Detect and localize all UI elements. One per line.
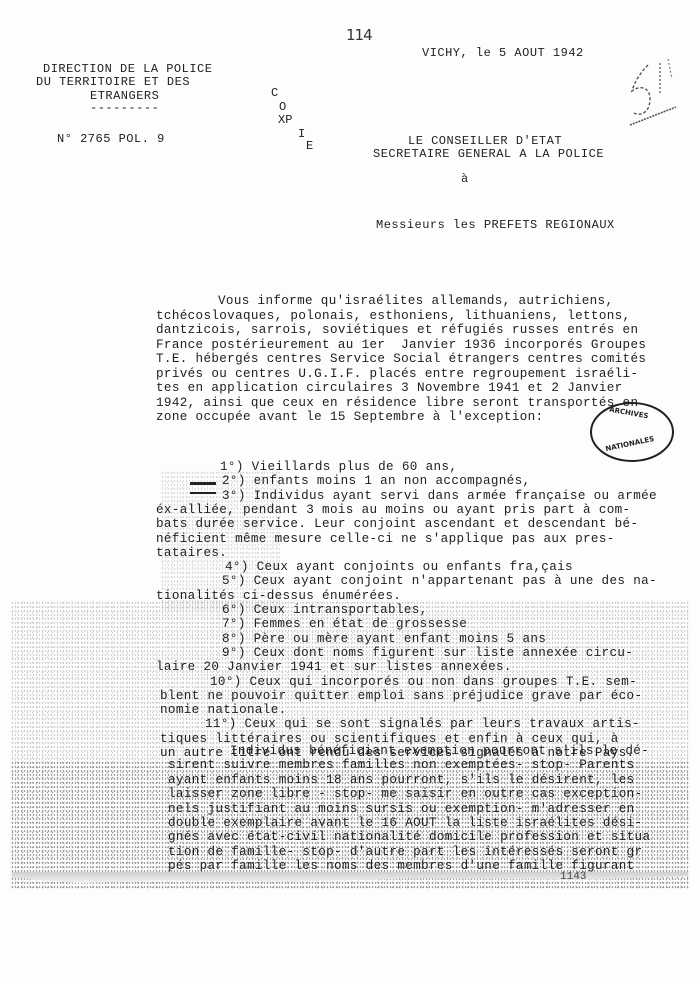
- text-line: 7°) Femmes en état de grossesse: [222, 617, 467, 631]
- handwritten-mark-icon: [620, 55, 680, 135]
- text-line: 5°) Ceux ayant conjoint n'appartenant pa…: [222, 574, 657, 588]
- text-line: tion de famille- stop- d'autre part les …: [168, 845, 642, 859]
- text-line: T.E. hébergés centres Service Social étr…: [156, 352, 646, 366]
- issuer-rule: ---------: [90, 101, 159, 115]
- text-line: 1942, ainsi que ceux en résidence libre …: [156, 396, 638, 410]
- text-line: Vous informe qu'israélites allemands, au…: [218, 294, 613, 308]
- reference-number: N° 2765 POL. 9: [57, 132, 165, 146]
- recipient: Messieurs les PREFETS REGIONAUX: [376, 218, 615, 232]
- text-line: 1°) Vieillards plus de 60 ans,: [220, 460, 457, 474]
- text-line: Individus bénéficiant exemption pourront…: [230, 744, 649, 758]
- margin-arrow-icon: [190, 482, 216, 494]
- text-line: tataires.: [156, 546, 227, 560]
- text-line: nels justifiant au moins sursis ou exemp…: [168, 802, 635, 816]
- date-line: VICHY, le 5 AOUT 1942: [422, 46, 584, 60]
- text-line: blent ne pouvoir quitter emploi sans pré…: [160, 689, 642, 703]
- text-line: double exemplaire avant le 16 AOUT la li…: [168, 816, 642, 830]
- text-line: éx-alliée, pendant 3 mois au moins ou ay…: [156, 503, 630, 517]
- footer-number: 1143: [560, 871, 586, 883]
- copie-letter: C: [271, 86, 278, 100]
- copie-letter: I: [298, 127, 305, 141]
- text-line: laisser zone libre - stop- me saisir en …: [168, 787, 642, 801]
- text-line: 11°) Ceux qui se sont signalés par leurs…: [205, 717, 640, 731]
- text-line: nomie nationale.: [160, 703, 287, 717]
- document-page: 114 VICHY, le 5 AOUT 1942 DIRECTION DE L…: [0, 0, 700, 984]
- text-line: France postérieurement au 1er Janvier 19…: [156, 338, 646, 352]
- issuer-line-1: DIRECTION DE LA POLICE: [43, 62, 212, 76]
- copie-letter: O: [279, 100, 286, 114]
- text-line: sirent suivre membres familles non exemp…: [168, 758, 635, 772]
- copie-letter: XP: [278, 113, 292, 127]
- archives-stamp: ARCHIVES NATIONALES: [590, 402, 674, 462]
- text-line: ayant enfants moins 18 ans pourront, s'i…: [168, 773, 635, 787]
- text-line: 2°) enfants moins 1 an non accompagnés,: [222, 474, 530, 488]
- text-line: privés ou centres U.G.I.F. placés entre …: [156, 367, 638, 381]
- sender-line-2: SECRETAIRE GENERAL A LA POLICE: [373, 147, 604, 161]
- issuer-line-2: DU TERRITOIRE ET DES: [36, 75, 190, 89]
- sender-line-1: LE CONSEILLER D'ETAT: [408, 134, 562, 148]
- text-line: gnés avec état-civil nationalité domicil…: [168, 830, 650, 844]
- text-line: dantzicois, sarrois, soviétiques et réfu…: [156, 323, 638, 337]
- text-line: néficient même mesure celle-ci ne s'appl…: [156, 532, 615, 546]
- text-line: tionalités ci-dessus énumérées.: [156, 589, 401, 603]
- text-line: 3°) Individus ayant servi dans armée fra…: [222, 489, 657, 503]
- text-line: 8°) Père ou mère ayant enfant moins 5 an…: [222, 632, 546, 646]
- text-line: 10°) Ceux qui incorporés ou non dans gro…: [210, 675, 637, 689]
- to-word: à: [461, 172, 469, 186]
- text-line: laire 20 Janvier 1941 et sur listes anne…: [156, 660, 512, 674]
- text-line: tes en application circulaires 3 Novembr…: [156, 381, 623, 395]
- text-line: tchécoslovaques, polonais, esthoniens, l…: [156, 309, 630, 323]
- text-line: 6°) Ceux intransportables,: [222, 603, 428, 617]
- text-line: 4°) Ceux ayant conjoints ou enfants fra,…: [225, 560, 573, 574]
- text-line: zone occupée avant le 15 Septembre à l'e…: [156, 410, 543, 424]
- handwritten-page-number: 114: [346, 26, 372, 44]
- text-line: 9°) Ceux dont noms figurent sur liste an…: [222, 646, 633, 660]
- copie-letter: E: [306, 139, 313, 153]
- text-line: bats durée service. Leur conjoint ascend…: [156, 517, 638, 531]
